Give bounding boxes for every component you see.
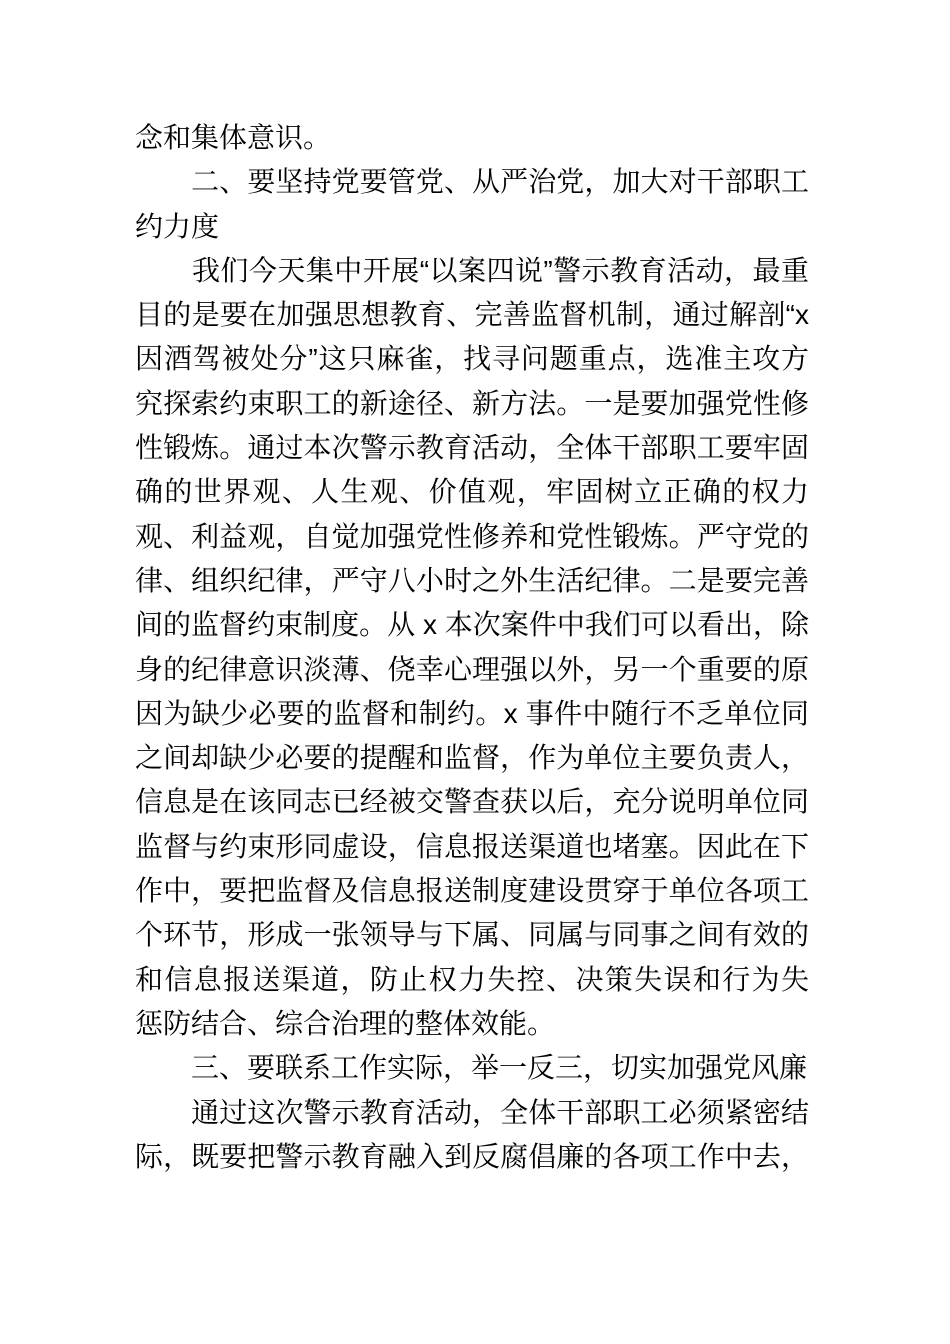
paragraph-body-continuation: 念和集体意识。 (135, 116, 809, 160)
paragraph-heading: 三、要联系工作实际，举一反三，切实加强党风廉政建设 (135, 1046, 809, 1090)
text-line: 约力度 (135, 205, 809, 249)
text-line: 目的是要在加强思想教育、完善监督机制，通过解剖“x 同志 (135, 293, 809, 337)
text-line: 之间却缺少必要的提醒和监督，作为单位主要负责人，得知该 (135, 736, 809, 780)
text-line: 通过这次警示教育活动，全体干部职工必须紧密结合工作实 (135, 1091, 809, 1135)
text-line: 念和集体意识。 (135, 116, 809, 160)
text-line: 作中，要把监督及信息报送制度建设贯穿于单位各项工作的各 (135, 869, 809, 913)
text-line: 我们今天集中开展“以案四说”警示教育活动，最重要一个 (135, 249, 809, 293)
text-line: 观、利益观，自觉加强党性修养和党性锻炼。严守党的政治纪 (135, 515, 809, 559)
text-line: 律、组织纪律，严守八小时之外生活纪律。二是要完善干部之 (135, 559, 809, 603)
text-line: 三、要联系工作实际，举一反三，切实加强党风廉政建设 (135, 1046, 809, 1090)
text-line: 二、要坚持党要管党、从严治党，加大对干部职工的监督制 (135, 160, 809, 204)
document-content: 念和集体意识。 二、要坚持党要管党、从严治党，加大对干部职工的监督制约力度 我们… (135, 116, 809, 1179)
text-line: 究探索约束职工的新途径、新方法。一是要加强党性修养和党 (135, 382, 809, 426)
text-line: 惩防结合、综合治理的整体效能。 (135, 1002, 809, 1046)
paragraph-body: 我们今天集中开展“以案四说”警示教育活动，最重要一个目的是要在加强思想教育、完善… (135, 249, 809, 1046)
text-line: 间的监督约束制度。从 x 本次案件中我们可以看出，除了他本 (135, 603, 809, 647)
paragraph-heading: 二、要坚持党要管党、从严治党，加大对干部职工的监督制约力度 (135, 160, 809, 249)
paragraph-body: 通过这次警示教育活动，全体干部职工必须紧密结合工作实际，既要把警示教育融入到反腐… (135, 1091, 809, 1180)
text-line: 个环节，形成一张领导与下属、同属与同事之间有效的监督网 (135, 913, 809, 957)
text-line: 信息是在该同志已经被交警查获以后，充分说明单位同事间的 (135, 780, 809, 824)
text-line: 和信息报送渠道，防止权力失控、决策失误和行为失范。发挥 (135, 958, 809, 1002)
text-line: 性锻炼。通过本次警示教育活动，全体干部职工要牢固树立正 (135, 426, 809, 470)
text-line: 因酒驾被处分”这只麻雀，找寻问题重点，选准主攻方向，研 (135, 337, 809, 381)
document-page: 念和集体意识。 二、要坚持党要管党、从严治党，加大对干部职工的监督制约力度 我们… (0, 0, 950, 1344)
text-line: 监督与约束形同虚设，信息报送渠道也堵塞。因此在下一步工 (135, 825, 809, 869)
text-line: 身的纪律意识淡薄、侥幸心理强以外，另一个重要的原因就是 (135, 648, 809, 692)
text-line: 因为缺少必要的监督和制约。x 事件中随行不乏单位同事，而 (135, 692, 809, 736)
text-line: 际，既要把警示教育融入到反腐倡廉的各项工作中去，又要以 (135, 1135, 809, 1179)
text-line: 确的世界观、人生观、价值观，牢固树立正确的权力观、地位 (135, 470, 809, 514)
